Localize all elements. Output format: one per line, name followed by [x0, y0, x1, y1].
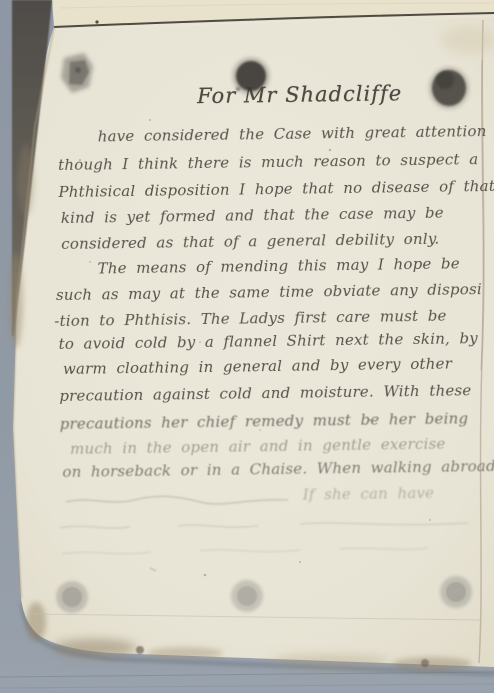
- ink-blots-overlay: [0, 0, 494, 693]
- ink-smudge-top-left: [61, 53, 93, 93]
- ink-blot-top-right: [429, 67, 469, 109]
- manuscript-photograph: For Mr Shadcliffe have considered the Ca…: [0, 0, 494, 693]
- ink-blot-top-center: [233, 58, 270, 95]
